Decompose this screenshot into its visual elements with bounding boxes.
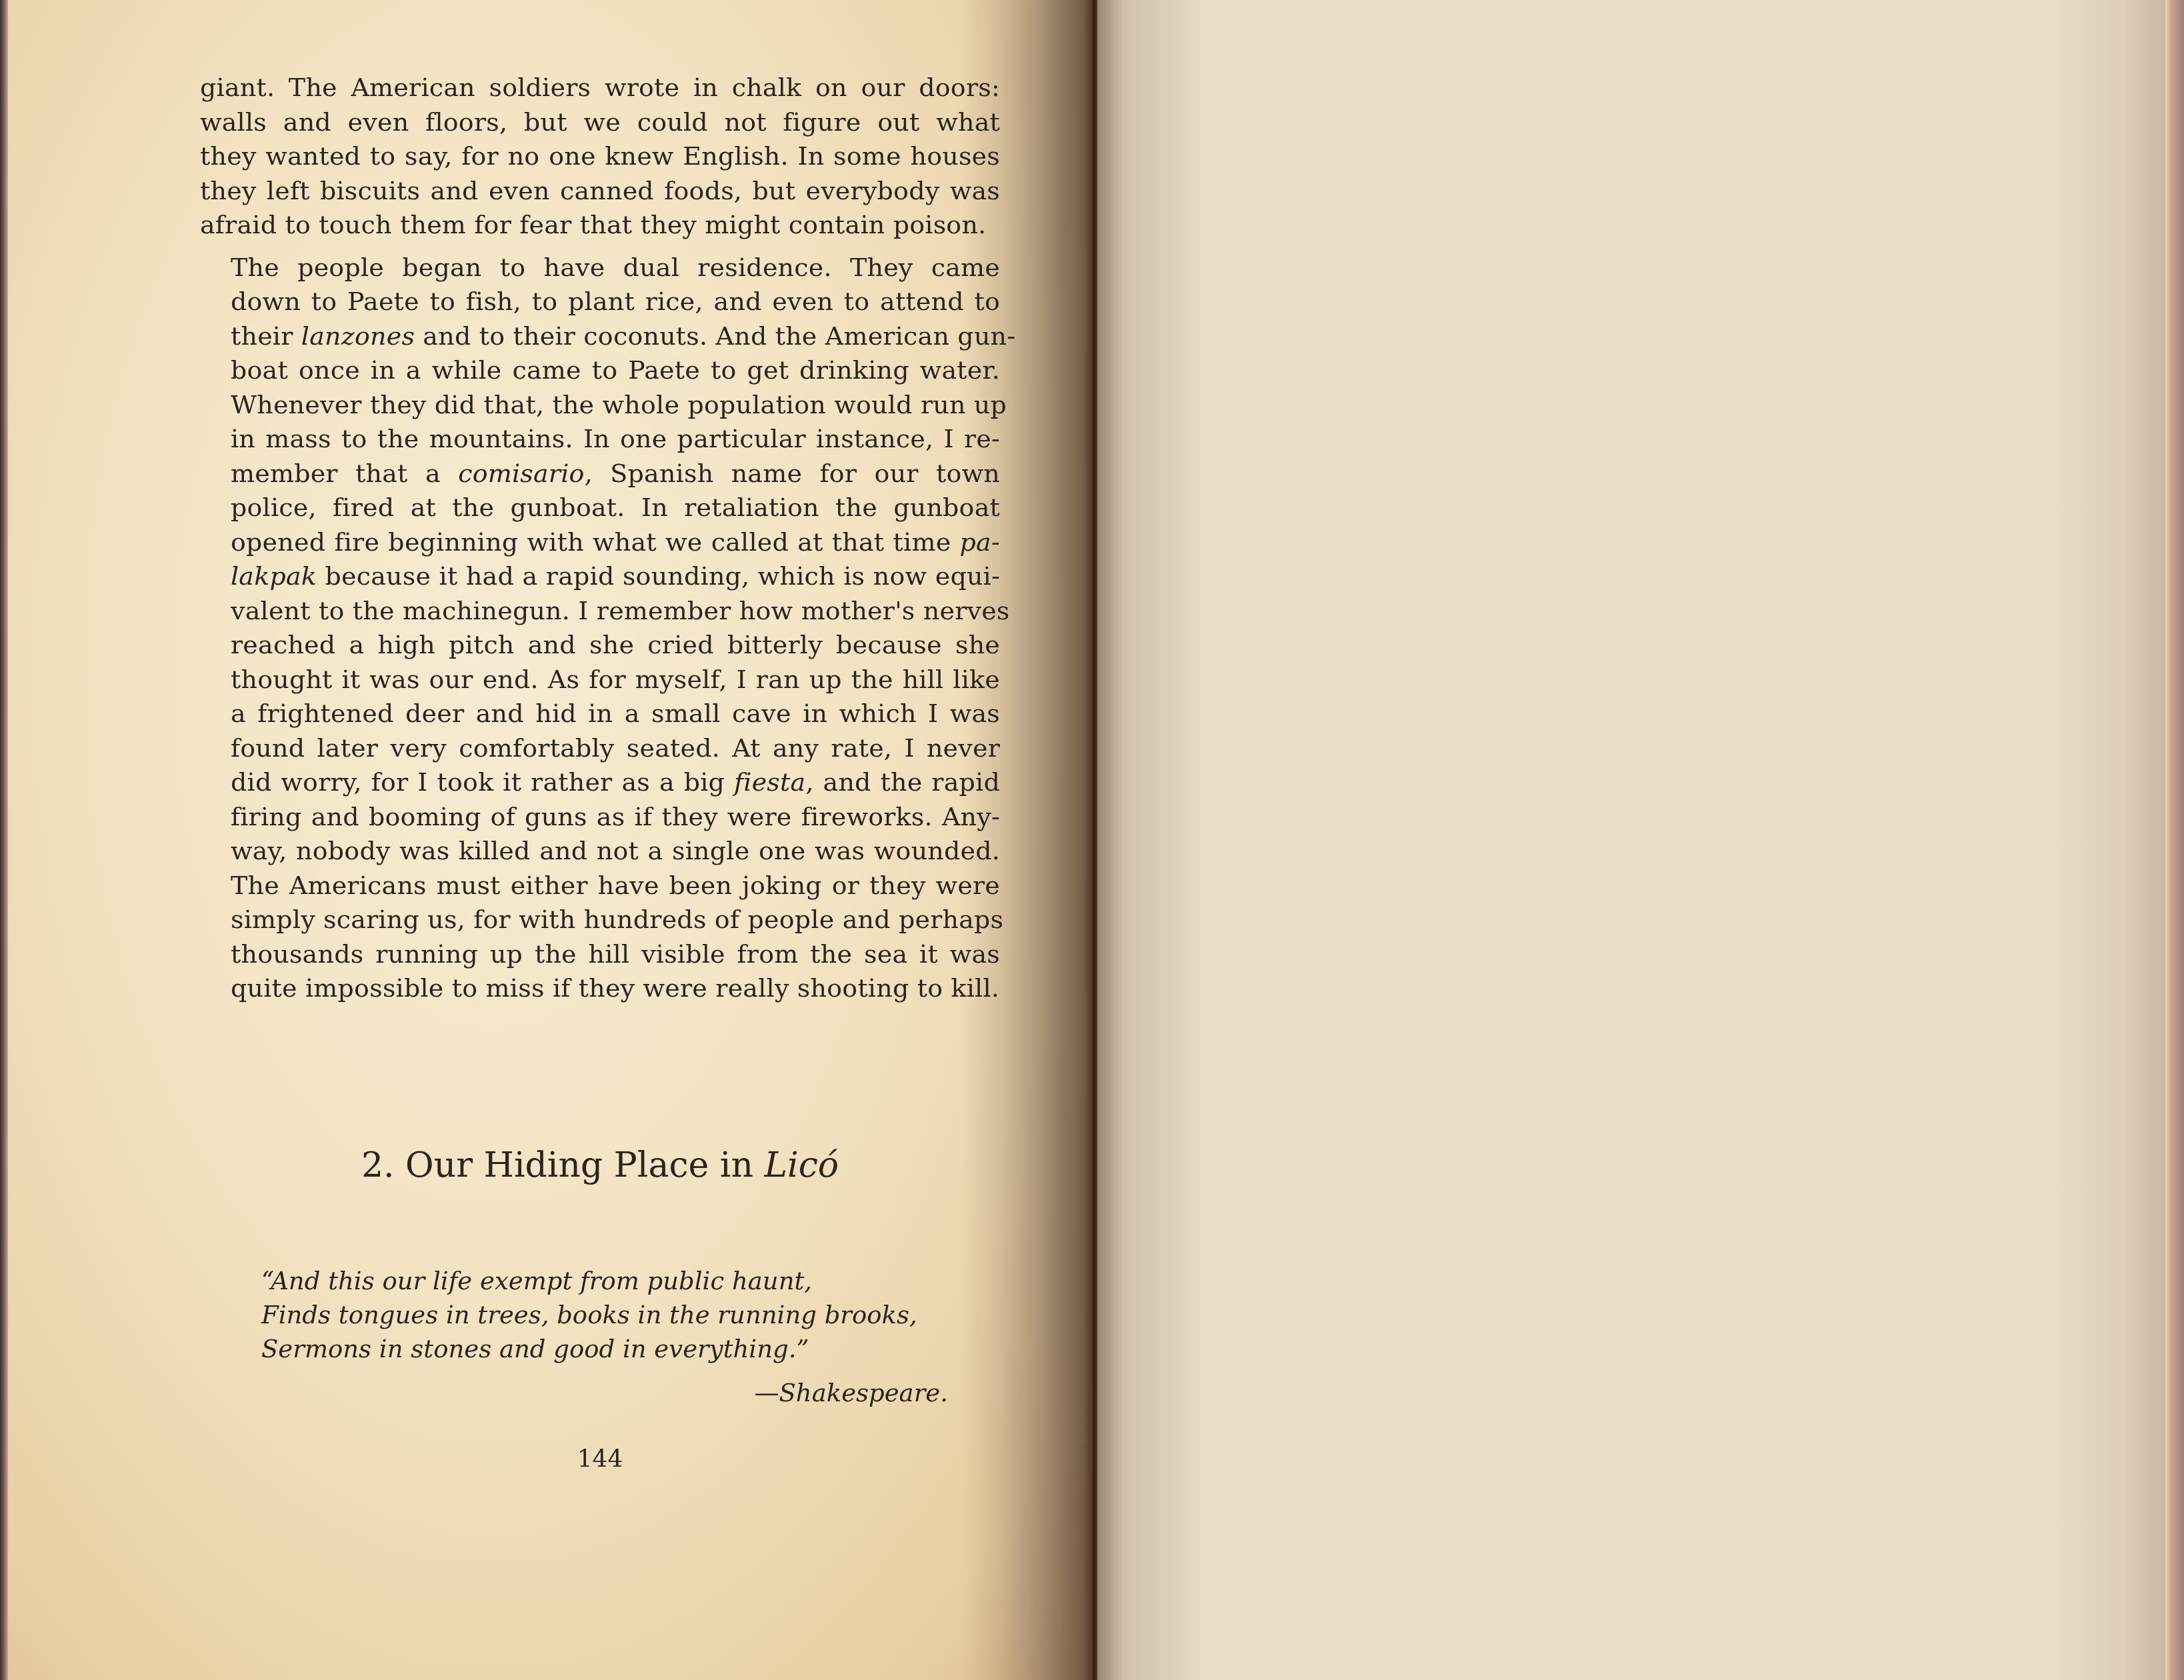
text-line: opened fire beginning with what we calle… bbox=[200, 525, 1000, 560]
page-edge-left bbox=[0, 0, 8, 1680]
epigraph-attribution: —Shakespeare. bbox=[200, 1379, 948, 1407]
chapter-heading: 2. Our Hiding Place in Licó bbox=[200, 1145, 1000, 1185]
body-text: giant. The American soldiers wrote in ch… bbox=[200, 71, 1000, 1006]
text-line: their lanzones and to their coconuts. An… bbox=[200, 319, 1000, 354]
text-line: The Americans must either have been joki… bbox=[200, 869, 1000, 903]
text-line: in mass to the mountains. In one particu… bbox=[200, 422, 1000, 457]
text-line: found later very comfortably seated. At … bbox=[200, 731, 1000, 766]
chapter-title-place: Licó bbox=[764, 1145, 839, 1185]
text-line: thousands running up the hill visible fr… bbox=[200, 937, 1000, 972]
text-line: firing and booming of guns as if they we… bbox=[200, 800, 1000, 835]
chapter-number: 2. bbox=[361, 1145, 395, 1185]
text-line: boat once in a while came to Paete to ge… bbox=[200, 353, 1000, 388]
epigraph-line: Finds tongues in trees, books in the run… bbox=[261, 1298, 968, 1332]
text-line: member that a comisario, Spanish name fo… bbox=[200, 457, 1000, 491]
text-line: simply scaring us, for with hundreds of … bbox=[200, 903, 1000, 937]
text-line: they wanted to say, for no one knew Engl… bbox=[200, 139, 1000, 174]
text-line: afraid to touch them for fear that they … bbox=[200, 208, 1000, 243]
text-line: reached a high pitch and she cried bitte… bbox=[200, 628, 1000, 663]
text-line: valent to the machinegun. I remember how… bbox=[200, 594, 1000, 629]
epigraph: “And this our life exempt from public ha… bbox=[261, 1264, 968, 1366]
epigraph-line: Sermons in stones and good in everything… bbox=[261, 1332, 968, 1366]
text-line: they left biscuits and even canned foods… bbox=[200, 174, 1000, 209]
text-line: way, nobody was killed and not a single … bbox=[200, 834, 1000, 869]
chapter-title: Our Hiding Place in bbox=[405, 1145, 753, 1185]
text-line: walls and even floors, but we could not … bbox=[200, 105, 1000, 140]
right-page-blank bbox=[1097, 0, 2184, 1680]
text-line: thought it was our end. As for myself, I… bbox=[200, 663, 1000, 697]
left-page: giant. The American soldiers wrote in ch… bbox=[0, 0, 1093, 1680]
page-number: 144 bbox=[200, 1445, 1007, 1473]
text-line: lakpak because it had a rapid sounding, … bbox=[200, 559, 1000, 594]
text-line: a frightened deer and hid in a small cav… bbox=[200, 697, 1000, 731]
epigraph-line: “And this our life exempt from public ha… bbox=[261, 1264, 968, 1298]
text-line: down to Paete to fish, to plant rice, an… bbox=[200, 285, 1000, 319]
text-line: quite impossible to miss if they were re… bbox=[200, 971, 1000, 1006]
text-line: Whenever they did that, the whole popula… bbox=[200, 388, 1000, 423]
paragraph-2: The people began to have dual residence.… bbox=[200, 251, 1000, 1006]
book-gutter bbox=[1091, 0, 1097, 1680]
text-line: giant. The American soldiers wrote in ch… bbox=[200, 71, 1000, 105]
text-line: The people began to have dual residence.… bbox=[200, 251, 1000, 285]
text-line: did worry, for I took it rather as a big… bbox=[200, 765, 1000, 800]
paragraph-1: giant. The American soldiers wrote in ch… bbox=[200, 71, 1000, 243]
book-spread: giant. The American soldiers wrote in ch… bbox=[0, 0, 2184, 1680]
text-line: police, fired at the gunboat. In retalia… bbox=[200, 491, 1000, 525]
page-edge-right bbox=[2165, 0, 2184, 1680]
